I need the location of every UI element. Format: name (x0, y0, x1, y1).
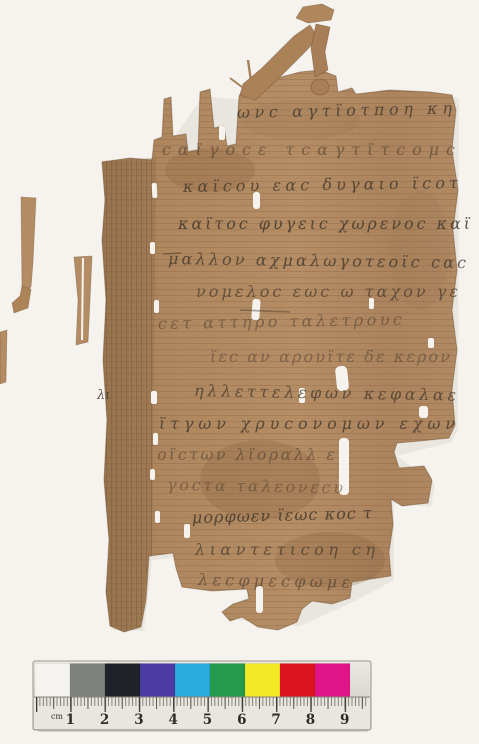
ruler-ticks-cm (36, 697, 367, 712)
color-chip (245, 664, 280, 698)
color-chip (210, 664, 245, 698)
ruler-number: 7 (271, 712, 280, 728)
color-chip (105, 664, 140, 698)
color-chip (70, 664, 105, 698)
color-scale-bar: cm 1 2 3 4 5 6 7 8 9 (33, 661, 371, 732)
color-chip (315, 664, 350, 698)
ruler: cm 1 2 3 4 5 6 7 8 9 (34, 697, 370, 729)
papyrus-text-line: νομελοc εωc ω ταχον γε (196, 282, 458, 301)
color-chip (35, 664, 70, 698)
color-chip (175, 664, 210, 698)
ruler-unit-label: cm (51, 712, 63, 721)
papyrus-text-line: γοcτα ταλεονεcυ (167, 475, 344, 497)
color-chips (35, 664, 350, 698)
left-strip-slit (82, 258, 83, 340)
ruler-number: 2 (100, 712, 109, 728)
ruler-number: 8 (306, 712, 315, 728)
top-blob (311, 79, 329, 95)
ruler-numbers: 1 2 3 4 5 6 7 8 9 (66, 712, 350, 728)
papyrus-text-line: λεcφμεcφωμε (197, 570, 350, 592)
ruler-number: 1 (66, 712, 75, 728)
color-chip (140, 664, 175, 698)
ink-dash (163, 253, 181, 254)
ruler-number: 4 (168, 712, 177, 728)
ruler-number: 6 (237, 712, 246, 728)
papyrus-margin-mark: λι (96, 388, 110, 403)
edge-sliver (0, 330, 7, 384)
ruler-number: 3 (134, 712, 143, 728)
color-chip (280, 664, 315, 698)
ruler-number: 9 (340, 712, 349, 728)
photograph: ωνc αγτϊοτποη κη cαϊγοcε τcαγτϊτcομc καϊ… (0, 0, 479, 744)
photo-canvas: ωνc αγτϊοτποη κη cαϊγοcε τcαγτϊτcομc καϊ… (0, 0, 479, 744)
ruler-number: 5 (203, 712, 212, 728)
